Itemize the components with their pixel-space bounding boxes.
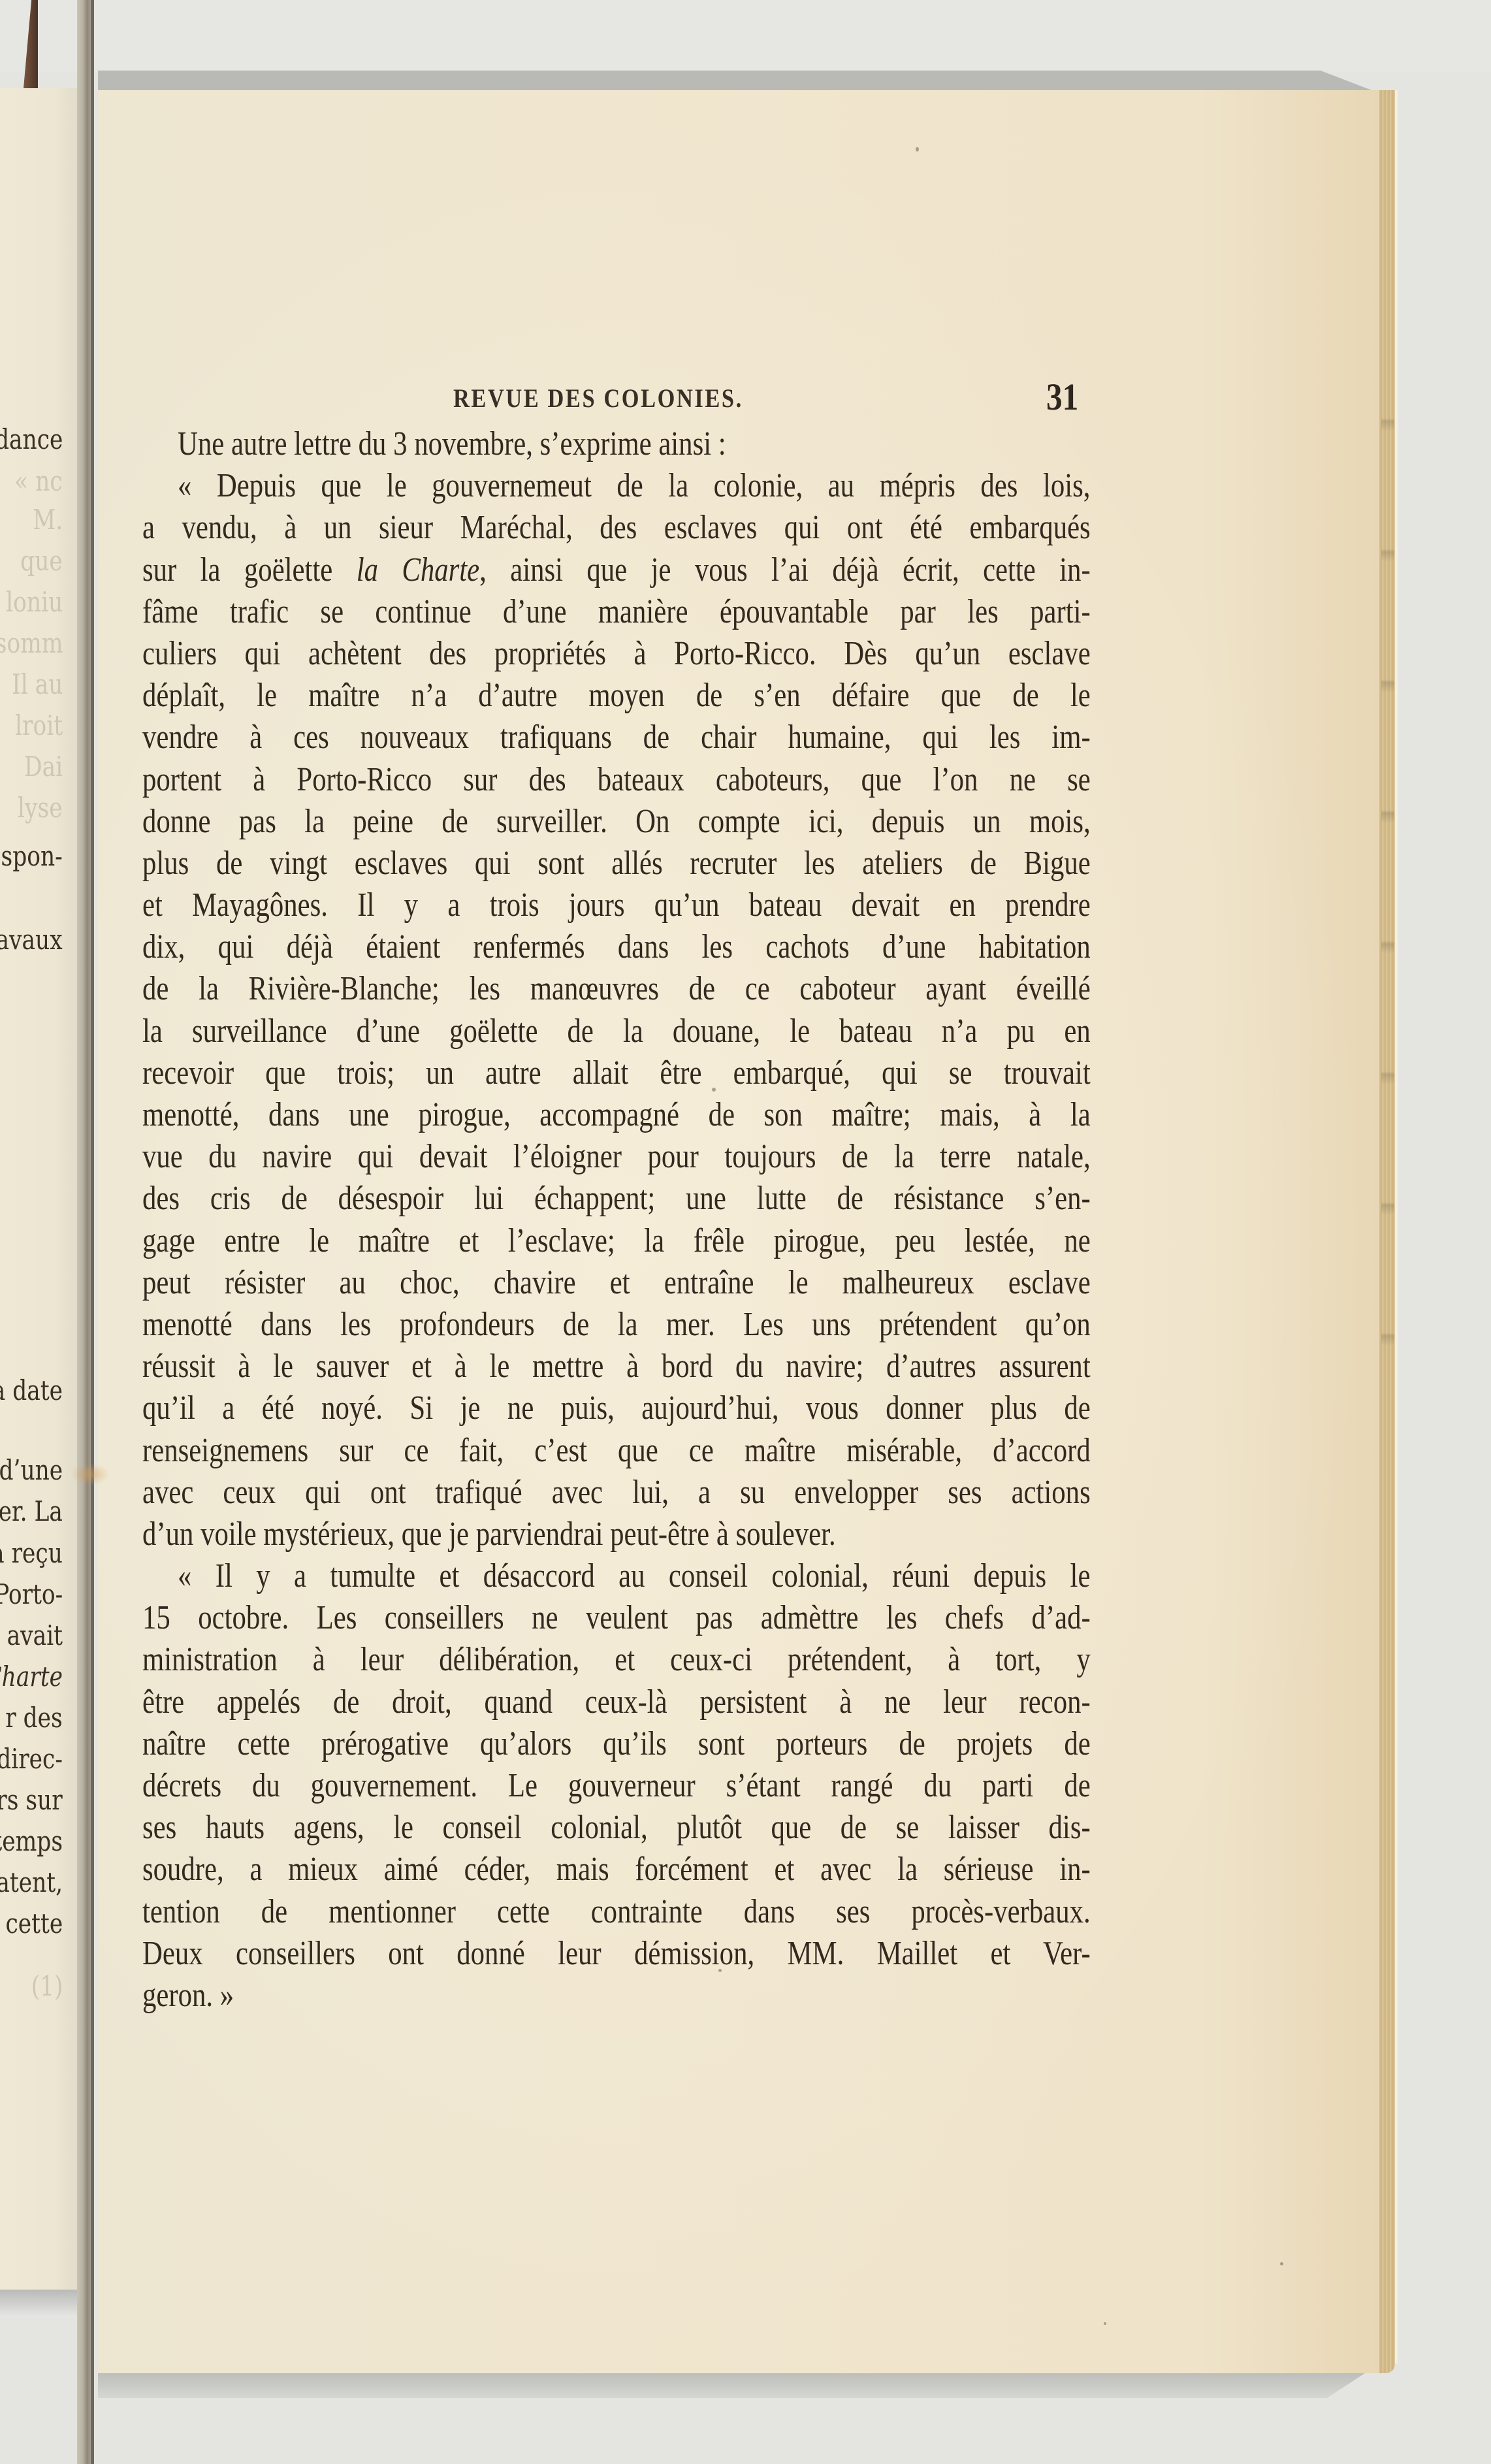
- text-line: de la Rivière-Blanche; les manœuvres de …: [142, 968, 1091, 1010]
- left-page-fragment: s avait: [0, 1622, 63, 1649]
- text-line-content: a vendu, à un sieur Maréchal, des esclav…: [142, 507, 1091, 549]
- text-line-content: vue du navire qui devait l’éloigner pour…: [142, 1136, 1091, 1178]
- left-page-showthrough: que: [20, 547, 63, 575]
- text-line-content: d’un voile mystérieux, que je parviendra…: [142, 1514, 1091, 1555]
- left-page-showthrough: (1): [31, 1973, 63, 2000]
- text-line-content: Deux conseillers ont donné leur démissio…: [142, 1933, 1091, 1975]
- text-line: la surveillance d’une goëlette de la dou…: [142, 1011, 1091, 1052]
- text-line: décrets du gouvernement. Le gouverneur s…: [142, 1765, 1091, 1807]
- text-line-content: menotté, dans une pirogue, accompagné de…: [142, 1094, 1091, 1136]
- text-line-content: renseignemens sur ce fait, c’est que ce …: [142, 1430, 1091, 1472]
- text-line-content: Une autre lettre du 3 novembre, s’exprim…: [178, 423, 1090, 465]
- text-line-content: et Mayagônes. Il y a trois jours qu’un b…: [142, 884, 1091, 926]
- left-page-fragment: direc-: [0, 1745, 63, 1773]
- text-line: Une autre lettre du 3 novembre, s’exprim…: [142, 423, 1091, 465]
- text-line-content: avec ceux qui ont trafiqué avec lui, a s…: [142, 1472, 1091, 1514]
- text-line: geron. »: [142, 1975, 1091, 2017]
- text-line: portent à Porto-Ricco sur des bateaux ca…: [142, 759, 1091, 801]
- left-page-showthrough: « nc: [15, 468, 63, 495]
- text-line-content: gage entre le maître et l’esclave; la fr…: [142, 1220, 1091, 1262]
- text-line-content: de la Rivière-Blanche; les manœuvres de …: [142, 968, 1091, 1010]
- text-line: donne pas la peine de surveiller. On com…: [142, 801, 1091, 843]
- text-line-content: ses hauts agens, le conseil colonial, pl…: [142, 1807, 1091, 1849]
- page-top-shadow: [98, 71, 1371, 90]
- text-line: plus de vingt esclaves qui sont allés re…: [142, 843, 1091, 884]
- left-page-fragment: atent,: [0, 1869, 63, 1896]
- left-page-showthrough: M.: [33, 506, 63, 534]
- left-page-showthrough: Il au: [12, 671, 63, 698]
- ship-name-italic: la Charte: [357, 551, 479, 589]
- text-line: naître cette prérogative qu’alors qu’ils…: [142, 1723, 1091, 1765]
- text-line: menotté dans les profondeurs de la mer. …: [142, 1304, 1091, 1346]
- left-page-fragment: d’une: [0, 1457, 63, 1484]
- text-line: culiers qui achètent des propriétés à Po…: [142, 633, 1091, 675]
- text-line-content: peut résister au choc, chavire et entraî…: [142, 1262, 1091, 1304]
- text-line: gage entre le maître et l’esclave; la fr…: [142, 1220, 1091, 1262]
- text-line-content: dix, qui déjà étaient renfermés dans les…: [142, 926, 1091, 968]
- text-line: tention de mentionner cette contrainte d…: [142, 1891, 1091, 1933]
- text-line-content: déplaît, le maître n’a d’autre moyen de …: [142, 675, 1091, 717]
- text-line: des cris de désespoir lui échappent; une…: [142, 1178, 1091, 1220]
- left-page-fragment: a reçu: [0, 1540, 63, 1567]
- text-line: peut résister au choc, chavire et entraî…: [142, 1262, 1091, 1304]
- text-line-content: soudre, a mieux aimé céder, mais forcéme…: [142, 1849, 1091, 1890]
- text-line: avec ceux qui ont trafiqué avec lui, a s…: [142, 1472, 1091, 1514]
- text-line: qu’il a été noyé. Si je ne puis, aujourd…: [142, 1387, 1091, 1429]
- left-page-showthrough: Dai: [24, 753, 63, 781]
- text-line-content: portent à Porto-Ricco sur des bateaux ca…: [142, 759, 1091, 801]
- page-number: 31: [1046, 375, 1078, 419]
- text-line-content: décrets du gouvernement. Le gouverneur s…: [142, 1765, 1091, 1807]
- left-page-fragment: temps: [0, 1828, 63, 1855]
- book-gutter: [77, 0, 91, 2464]
- text-line-content: recevoir que trois; un autre allait être…: [142, 1052, 1091, 1094]
- text-line: vue du navire qui devait l’éloigner pour…: [142, 1136, 1091, 1178]
- text-line-content: sur la goëlette la Charte, ainsi que je …: [142, 549, 1091, 591]
- left-page-showthrough: loniu: [6, 589, 63, 616]
- text-line: menotté, dans une pirogue, accompagné de…: [142, 1094, 1091, 1136]
- text-line-content: naître cette prérogative qu’alors qu’ils…: [142, 1723, 1091, 1765]
- text-line: fâme trafic se continue d’une manière ép…: [142, 591, 1091, 633]
- left-page-fragment: a date: [0, 1377, 63, 1404]
- left-page-fragment: Porto-: [0, 1581, 63, 1608]
- text-line: vendre à ces nouveaux trafiquans de chai…: [142, 717, 1091, 758]
- text-line-content: menotté dans les profondeurs de la mer. …: [142, 1304, 1091, 1346]
- text-line: et Mayagônes. Il y a trois jours qu’un b…: [142, 884, 1091, 926]
- text-line-content: des cris de désespoir lui échappent; une…: [142, 1178, 1091, 1220]
- text-line: ses hauts agens, le conseil colonial, pl…: [142, 1807, 1091, 1849]
- text-line-content: vendre à ces nouveaux trafiquans de chai…: [142, 717, 1091, 758]
- gutter-fold-line: [91, 0, 94, 2464]
- left-page-fragment: rs sur: [0, 1787, 63, 1814]
- text-line: dix, qui déjà étaient renfermés dans les…: [142, 926, 1091, 968]
- body-text: Une autre lettre du 3 novembre, s’exprim…: [142, 423, 1091, 2017]
- text-line-content: « Il y a tumulte et désaccord au conseil…: [178, 1555, 1090, 1597]
- left-page-fragment: espon-: [0, 843, 63, 870]
- running-head: REVUE DES COLONIES.: [453, 383, 743, 413]
- text-line: « Depuis que le gouvernemeut de la colon…: [142, 465, 1091, 507]
- left-page-fragment: e cette: [0, 1910, 63, 1937]
- foxing-stain: [71, 1463, 110, 1485]
- text-line-content: geron. »: [142, 1975, 1091, 2017]
- left-page-showthrough: somm: [0, 630, 63, 657]
- text-line: ministration à leur délibération, et ceu…: [142, 1639, 1091, 1681]
- text-line: 15 octobre. Les conseillers ne veulent p…: [142, 1597, 1091, 1639]
- text-line-content: réussit à le sauver et à le mettre à bor…: [142, 1346, 1091, 1387]
- text-line: être appelés de droit, quand ceux-là per…: [142, 1681, 1091, 1723]
- text-line: déplaît, le maître n’a d’autre moyen de …: [142, 675, 1091, 717]
- page-bottom-shadow: [98, 2373, 1365, 2398]
- left-page-fragment: er. La: [0, 1498, 63, 1525]
- left-page-fragment: Charte: [0, 1663, 63, 1691]
- text-line: réussit à le sauver et à le mettre à bor…: [142, 1346, 1091, 1387]
- left-page-showthrough: lyse: [18, 794, 63, 822]
- text-line-content: qu’il a été noyé. Si je ne puis, aujourd…: [142, 1387, 1091, 1429]
- text-line: renseignemens sur ce fait, c’est que ce …: [142, 1430, 1091, 1472]
- text-line: « Il y a tumulte et désaccord au conseil…: [142, 1555, 1091, 1597]
- text-line-content: 15 octobre. Les conseillers ne veulent p…: [142, 1597, 1091, 1639]
- text-line: Deux conseillers ont donné leur démissio…: [142, 1933, 1091, 1975]
- fore-edge-highlight: [1395, 90, 1398, 2363]
- text-line-content: tention de mentionner cette contrainte d…: [142, 1891, 1091, 1933]
- text-line-content: la surveillance d’une goëlette de la dou…: [142, 1011, 1091, 1052]
- scanner-background: [0, 0, 1491, 72]
- text-line: sur la goëlette la Charte, ainsi que je …: [142, 549, 1091, 591]
- left-page-showthrough: lroit: [15, 712, 63, 739]
- text-line-content: ministration à leur délibération, et ceu…: [142, 1639, 1091, 1681]
- text-line-content: être appelés de droit, quand ceux-là per…: [142, 1681, 1091, 1723]
- left-page-fragment: r des: [5, 1704, 63, 1732]
- text-line-content: « Depuis que le gouvernemeut de la colon…: [178, 465, 1090, 507]
- fore-edge-marks: [1381, 300, 1394, 1346]
- text-line: recevoir que trois; un autre allait être…: [142, 1052, 1091, 1094]
- text-line: d’un voile mystérieux, que je parviendra…: [142, 1514, 1091, 1555]
- text-line: a vendu, à un sieur Maréchal, des esclav…: [142, 507, 1091, 549]
- text-line-content: culiers qui achètent des propriétés à Po…: [142, 633, 1091, 675]
- left-page-fragment: ravaux: [0, 926, 63, 954]
- text-line-content: plus de vingt esclaves qui sont allés re…: [142, 843, 1091, 884]
- text-line-content: donne pas la peine de surveiller. On com…: [142, 801, 1091, 843]
- left-page-text-fragments: ndanceespon-ravauxa dated’uneer. Laa reç…: [0, 0, 63, 2464]
- left-page-fragment: ndance: [0, 426, 63, 453]
- text-line-content: fâme trafic se continue d’une manière ép…: [142, 591, 1091, 633]
- text-line: soudre, a mieux aimé céder, mais forcéme…: [142, 1849, 1091, 1890]
